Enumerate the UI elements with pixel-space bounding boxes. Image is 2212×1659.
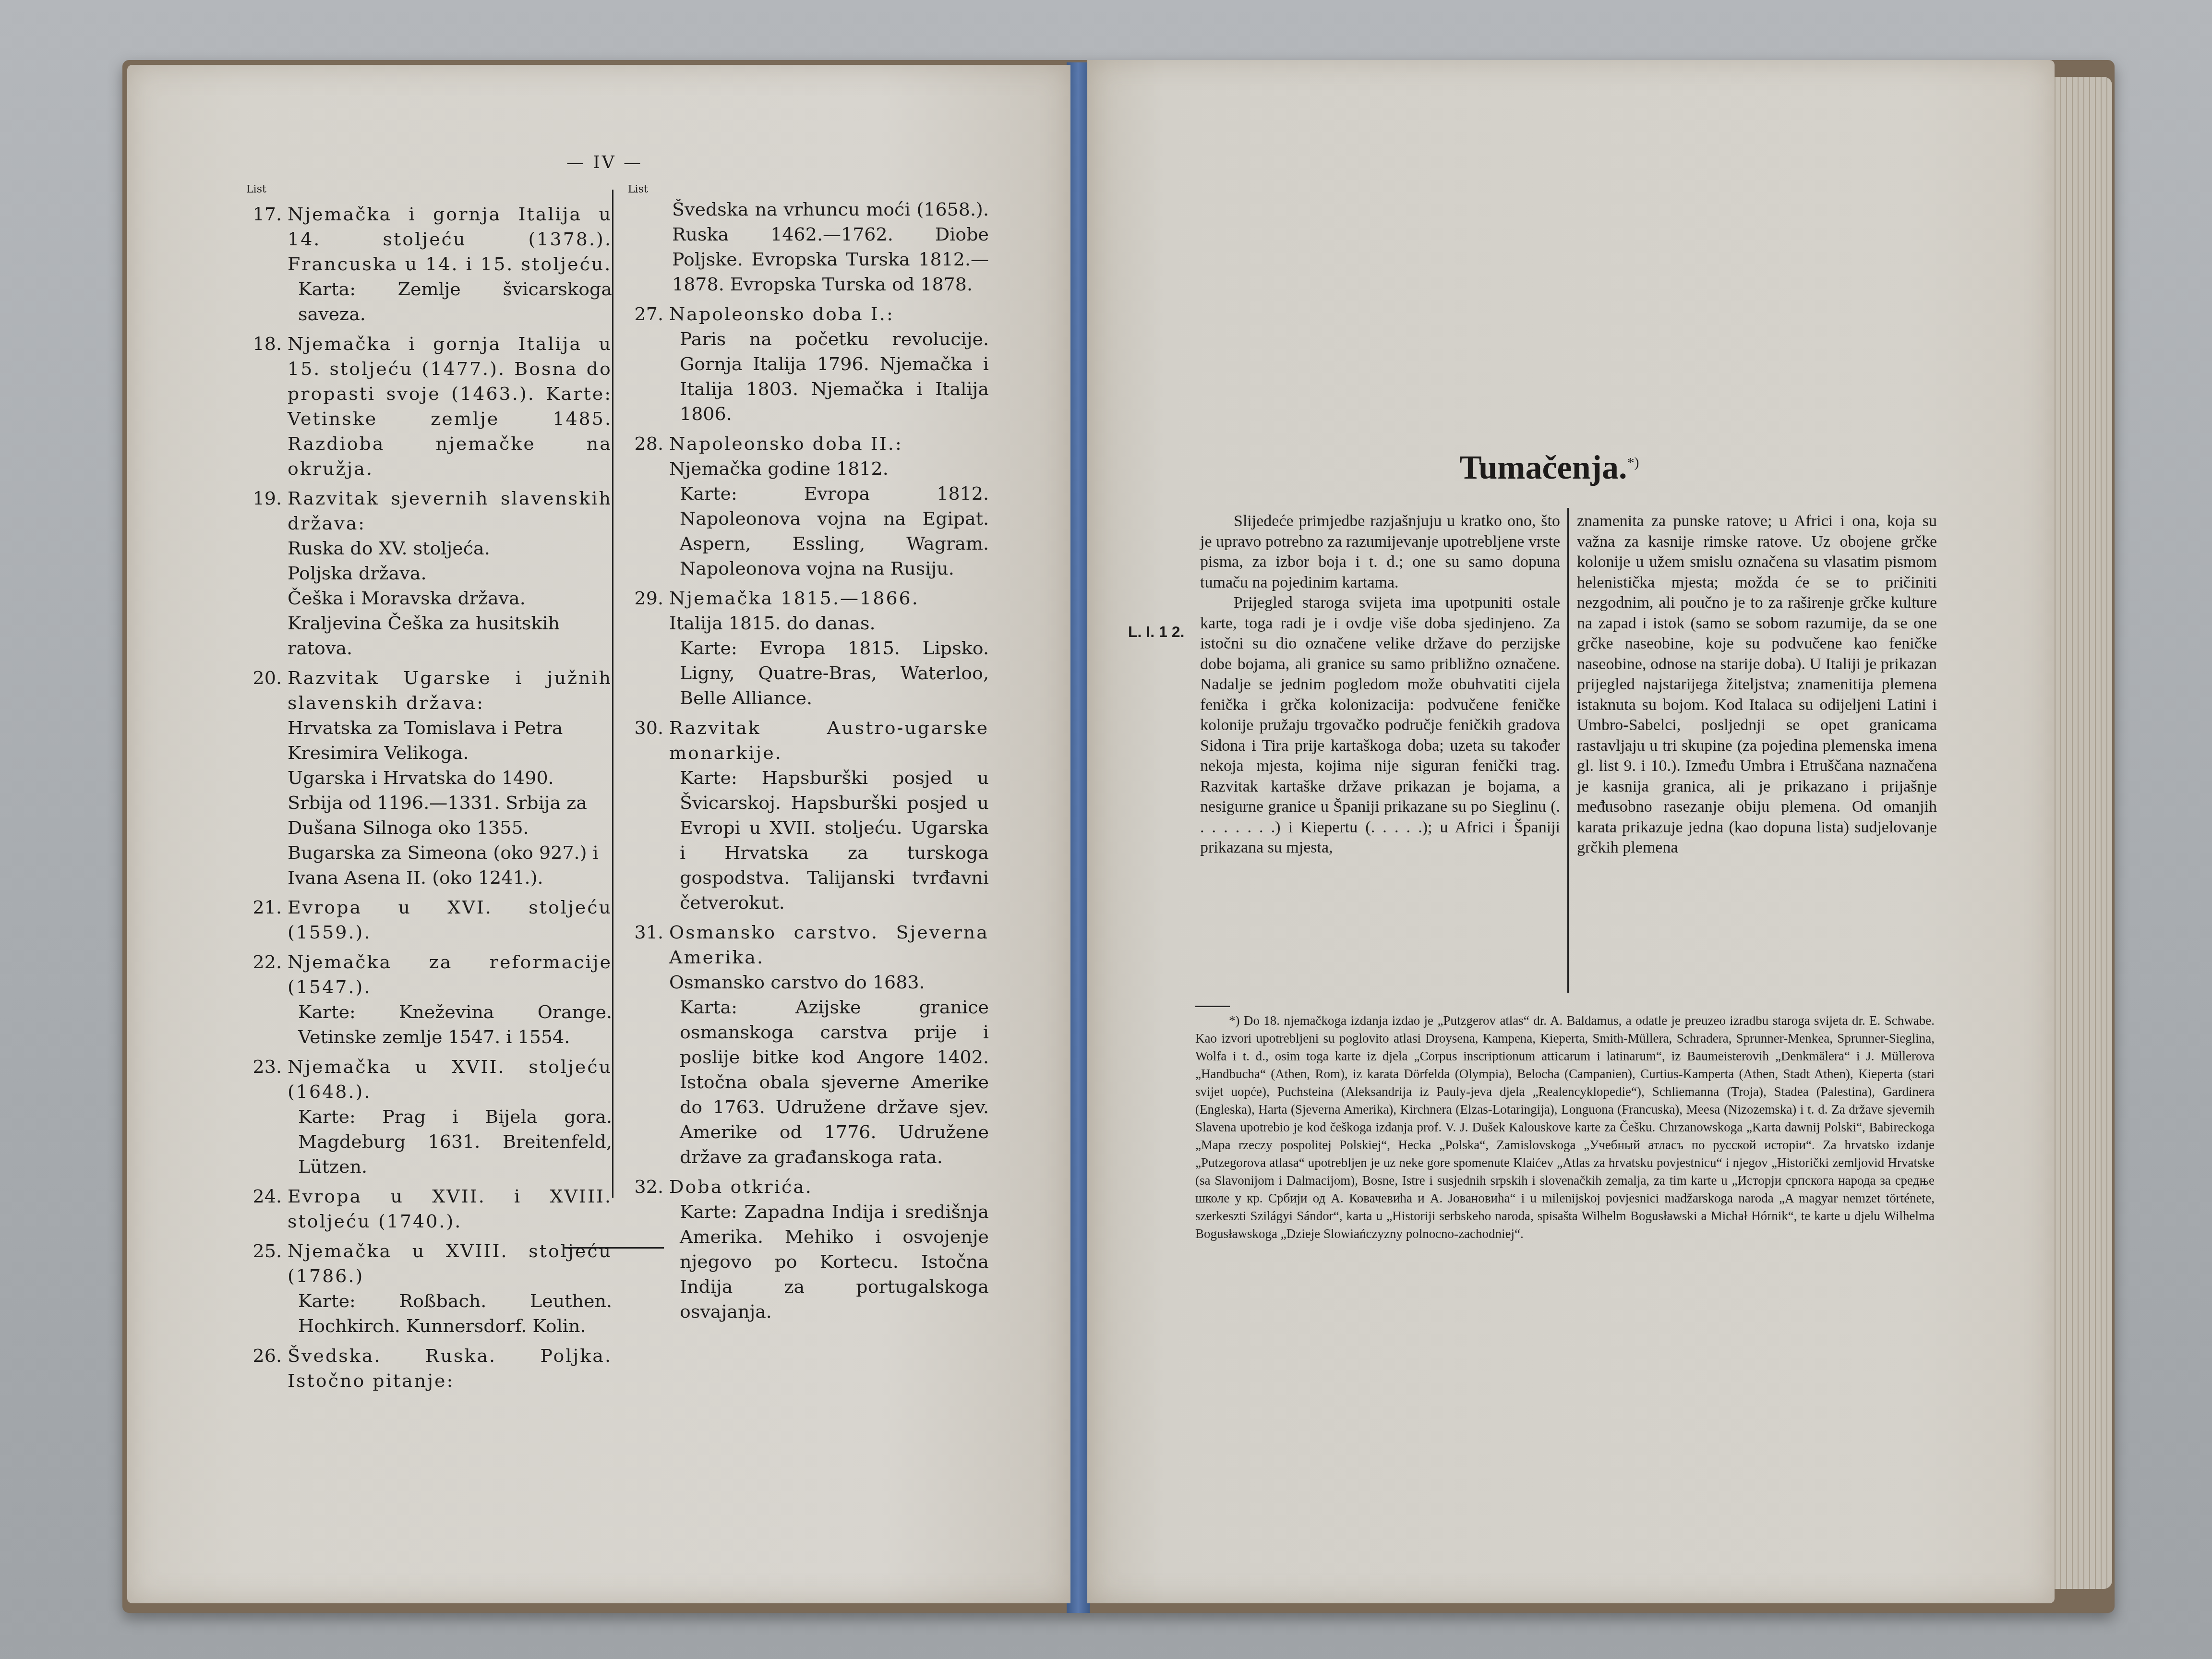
entry-maps: Karta: Azijske granice osmanskoga carstv… [669, 995, 989, 1169]
entry-title: Njemačka za reformacije (1547.). [288, 950, 612, 999]
entry-subitem: Ugarska i Hrvatska do 1490. [288, 765, 612, 790]
entry-maps: Karte: Roßbach. Leuthen. Hochkirch. Kunn… [288, 1288, 612, 1338]
text-column-a: Slijedeće primjedbe razjašnjuju u kratko… [1200, 511, 1560, 858]
entry-subitem: Italija 1815. do danas. [669, 611, 989, 636]
entry-number: 17. [242, 202, 288, 326]
entry-number: 27. [624, 301, 669, 426]
entry-maps: Karte: Kneževina Orange. Vetinske zemlje… [288, 999, 612, 1049]
entry-title: Osmansko carstvo. Sjeverna Amerika. [669, 920, 989, 970]
entry-number: 25. [242, 1238, 288, 1338]
entry-title: Evropa u XVI. stoljeću (1559.). [288, 895, 612, 945]
column-divider [612, 190, 613, 1198]
entry-number: 28. [624, 431, 669, 581]
entry-subitem: Osmansko carstvo do 1683. [669, 970, 989, 995]
entry-subitem: Bugarska za Simeona (oko 927.) i Ivana A… [288, 840, 612, 890]
entry-maps: Karte: Hapsburški posjed u Švicarskoj. H… [669, 765, 989, 915]
toc-entry: 25.Njemačka u XVIII. stoljeću (1786.)Kar… [242, 1238, 612, 1338]
toc-entry: 29.Njemačka 1815.—1866.Italija 1815. do … [624, 586, 989, 710]
entry-title: Njemačka u XVII. stoljeću (1648.). [288, 1054, 612, 1104]
page-number: — IV — [566, 153, 643, 172]
footnote-text: *) Do 18. njemačkoga izdanja izdao je „P… [1195, 1012, 1935, 1243]
list-header: List [246, 182, 612, 197]
entry-body: Doba otkrića.Karte: Zapadna Indija i sre… [669, 1174, 989, 1324]
heading-text: Tumačenja. [1459, 449, 1627, 486]
entry-maps: Karte: Evropa 1815. Lipsko. Ligny, Quatr… [669, 636, 989, 710]
paragraph: Slijedeće primjedbe razjašnjuju u kratko… [1200, 511, 1560, 593]
entry-title: Doba otkrića. [669, 1174, 989, 1199]
entry-title: Njemačka i gornja Italija u 14. stoljeću… [288, 202, 612, 276]
end-rule [563, 1247, 664, 1249]
margin-reference: L. I. 1 2. [1128, 623, 1184, 641]
entry-number: 30. [624, 715, 669, 915]
toc-entry: 32.Doba otkrića.Karte: Zapadna Indija i … [624, 1174, 989, 1324]
entry-title: Švedska. Ruska. Poljka. Istočno pitanje: [288, 1343, 612, 1393]
toc-entry: 17.Njemačka i gornja Italija u 14. stolj… [242, 202, 612, 326]
entry-body: Napoleonsko doba I.:Paris na početku rev… [669, 301, 989, 426]
entry-number: 31. [624, 920, 669, 1169]
entry-subitem: Srbija od 1196.—1331. Srbija za Dušana S… [288, 790, 612, 840]
entry-title: Razvitak sjevernih slavenskih država: [288, 486, 612, 536]
entry-body: Razvitak Austro-ugarske monarkije.Karte:… [669, 715, 989, 915]
toc-entry: 30.Razvitak Austro-ugarske monarkije.Kar… [624, 715, 989, 915]
entry-number: 32. [624, 1174, 669, 1324]
entry-number: 19. [242, 486, 288, 661]
entry-title: Njemačka 1815.—1866. [669, 586, 989, 611]
entry-subitem: Poljska država. [288, 561, 612, 586]
entry-subitem: Ruska do XV. stoljeća. [288, 536, 612, 561]
section-heading: Tumačenja.*) [1459, 449, 1639, 487]
paragraph: znamenita za punske ratove; u Africi i o… [1577, 511, 1937, 858]
entry-subitem: Njemačka godine 1812. [669, 456, 989, 481]
entry-title: Razvitak Ugarske i južnih slavenskih drž… [288, 665, 612, 715]
toc-entry: 18.Njemačka i gornja Italija u 15. stolj… [242, 331, 612, 481]
entry-body: Njemačka u XVIII. stoljeću (1786.)Karte:… [288, 1238, 612, 1338]
toc-entry: 21.Evropa u XVI. stoljeću (1559.). [242, 895, 612, 945]
paragraph: Prijegled staroga svijeta ima upotpuniti… [1200, 593, 1560, 858]
entry-number: 24. [242, 1184, 288, 1234]
entry-title: Evropa u XVII. i XVIII. stoljeću (1740.)… [288, 1184, 612, 1234]
entry-body: Njemačka i gornja Italija u 14. stoljeću… [288, 202, 612, 326]
entry-subitem: Češka i Moravska država. [288, 586, 612, 611]
entry-number: 18. [242, 331, 288, 481]
entry-title: Njemačka i gornja Italija u 15. stoljeću… [288, 331, 612, 481]
entry-maps: Karta: Zemlje švicarskoga saveza. [288, 276, 612, 326]
toc-column-2: List Švedska na vrhuncu moći (1658.). Ru… [624, 182, 989, 1324]
entry-body: Razvitak sjevernih slavenskih država:Rus… [288, 486, 612, 661]
entry-number: 26. [242, 1343, 288, 1393]
toc-entries: 17.Njemačka i gornja Italija u 14. stolj… [242, 202, 612, 1393]
entry-body: Njemačka i gornja Italija u 15. stoljeću… [288, 331, 612, 481]
entry-body: Njemačka 1815.—1866.Italija 1815. do dan… [669, 586, 989, 710]
entry-body: Osmansko carstvo. Sjeverna Amerika.Osman… [669, 920, 989, 1169]
entry-maps: Karte: Zapadna Indija i središnja Amerik… [669, 1199, 989, 1324]
toc-entry: 20.Razvitak Ugarske i južnih slavenskih … [242, 665, 612, 890]
entry-subitem: Kraljevina Češka za husitskih ratova. [288, 611, 612, 661]
toc-entry: 27.Napoleonsko doba I.:Paris na početku … [624, 301, 989, 426]
entry-number: 20. [242, 665, 288, 890]
toc-entry: 26.Švedska. Ruska. Poljka. Istočno pitan… [242, 1343, 612, 1393]
list-header: List [628, 182, 989, 197]
entry-body: Evropa u XVI. stoljeću (1559.). [288, 895, 612, 945]
entry-body: Napoleonsko doba II.:Njemačka godine 181… [669, 431, 989, 581]
toc-entry: 22.Njemačka za reformacije (1547.).Karte… [242, 950, 612, 1049]
entry-number: 21. [242, 895, 288, 945]
footnote: *) Do 18. njemačkoga izdanja izdao je „P… [1195, 1012, 1935, 1243]
entry-maps: Karte: Prag i Bijela gora. Magdeburg 163… [288, 1104, 612, 1179]
entry-body: Razvitak Ugarske i južnih slavenskih drž… [288, 665, 612, 890]
toc-entry: 24.Evropa u XVII. i XVIII. stoljeću (174… [242, 1184, 612, 1234]
entry-title: Napoleonsko doba II.: [669, 431, 989, 456]
text-column-b: znamenita za punske ratove; u Africi i o… [1577, 511, 1937, 858]
entry-number: 22. [242, 950, 288, 1049]
continuation-text: Švedska na vrhuncu moći (1658.). Ruska 1… [663, 197, 989, 297]
entry-title: Njemačka u XVIII. stoljeću (1786.) [288, 1238, 612, 1288]
toc-entry: 31.Osmansko carstvo. Sjeverna Amerika.Os… [624, 920, 989, 1169]
entry-number: 23. [242, 1054, 288, 1179]
entry-body: Evropa u XVII. i XVIII. stoljeću (1740.)… [288, 1184, 612, 1234]
entry-title: Razvitak Austro-ugarske monarkije. [669, 715, 989, 765]
entry-title: Napoleonsko doba I.: [669, 301, 989, 326]
page-block-edge [2050, 77, 2112, 1589]
column-divider [1567, 508, 1569, 993]
toc-entry: 28.Napoleonsko doba II.:Njemačka godine … [624, 431, 989, 581]
entry-maps: Karte: Evropa 1812. Napoleonova vojna na… [669, 481, 989, 581]
entry-body: Njemačka u XVII. stoljeću (1648.).Karte:… [288, 1054, 612, 1179]
toc-column-1: List 17.Njemačka i gornja Italija u 14. … [242, 182, 612, 1393]
entry-maps: Paris na početku revolucije. Gornja Ital… [669, 326, 989, 426]
footnote-rule [1195, 1006, 1230, 1007]
entry-body: Njemačka za reformacije (1547.).Karte: K… [288, 950, 612, 1049]
entry-body: Švedska. Ruska. Poljka. Istočno pitanje: [288, 1343, 612, 1393]
toc-entry: 23.Njemačka u XVII. stoljeću (1648.).Kar… [242, 1054, 612, 1179]
toc-entries: 27.Napoleonsko doba I.:Paris na početku … [624, 301, 989, 1324]
toc-continuation: Švedska na vrhuncu moći (1658.). Ruska 1… [624, 197, 989, 297]
toc-entry: 19.Razvitak sjevernih slavenskih država:… [242, 486, 612, 661]
entry-subitem: Hrvatska za Tomislava i Petra Kresimira … [288, 715, 612, 765]
entry-number: 29. [624, 586, 669, 710]
footnote-marker: *) [1627, 455, 1639, 470]
